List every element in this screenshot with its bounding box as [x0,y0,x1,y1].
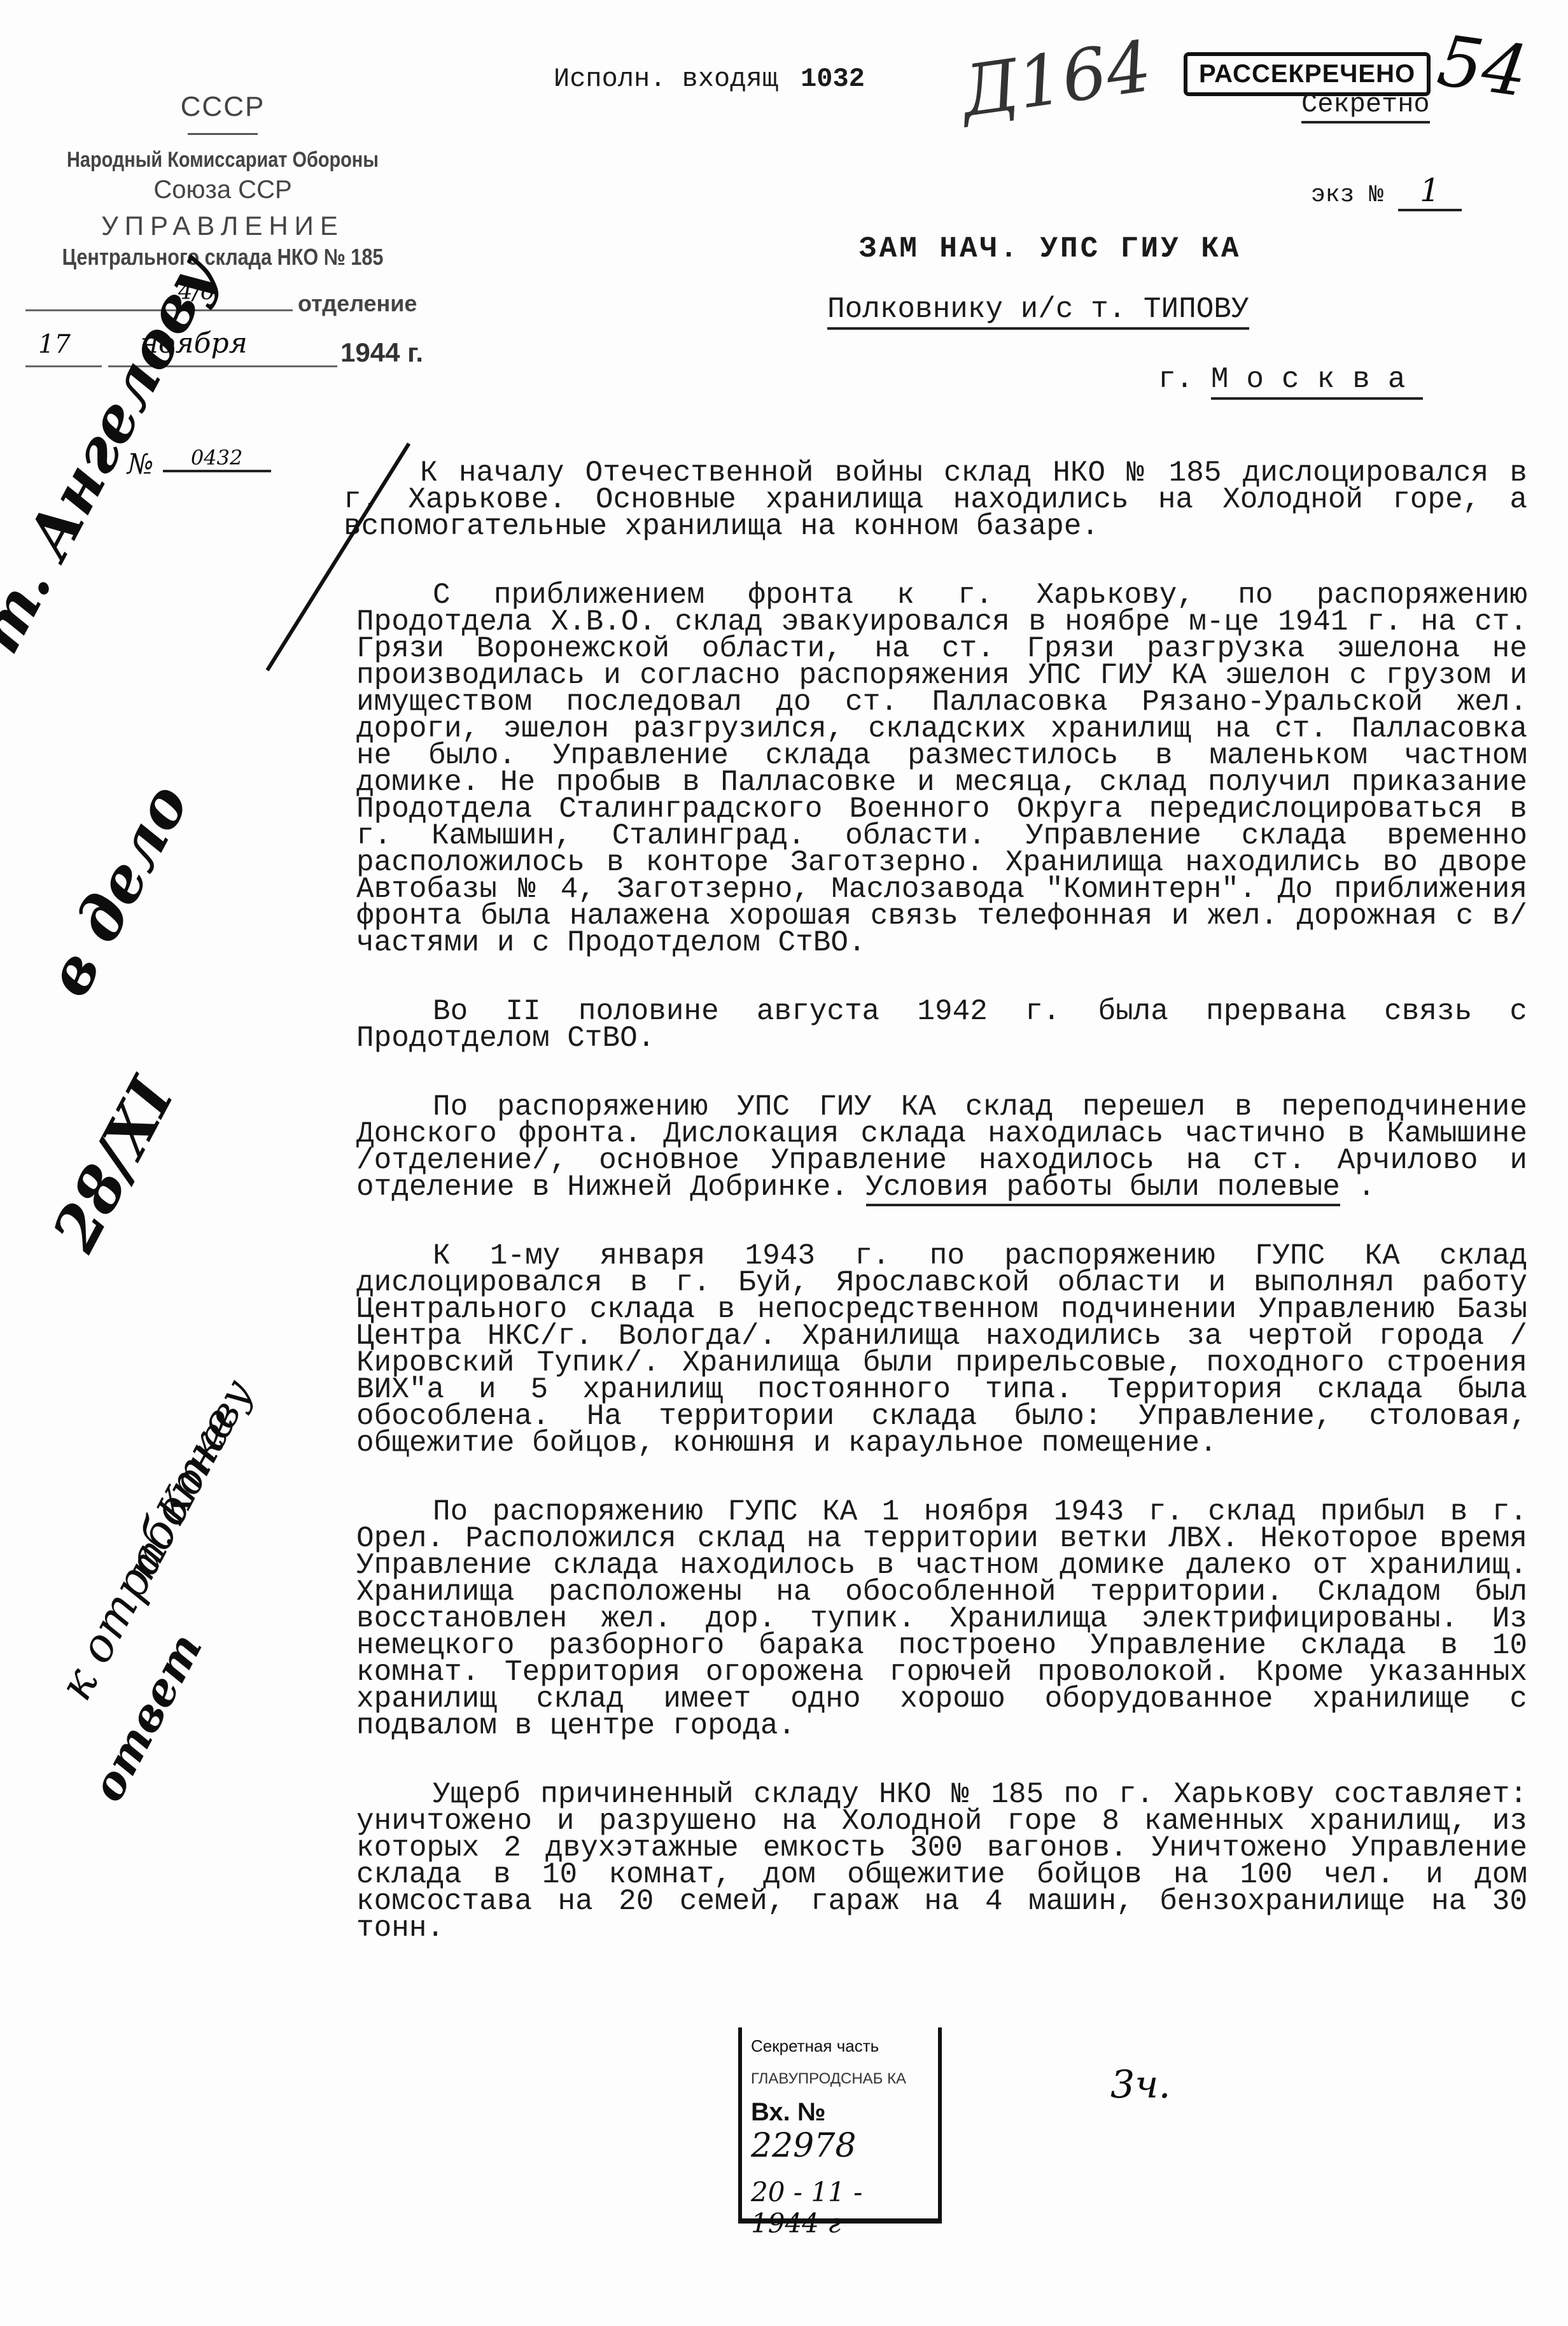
addressee-name: Полковнику и/с т. ТИПОВУ [827,293,1249,330]
city-name: Москва [1211,363,1424,400]
date-day: 17 [38,330,71,359]
body-paragraph: Ущерб причиненный складу НКО № 185 по г.… [356,1781,1527,1942]
city-prefix: г. [1158,363,1193,396]
received-stamp: Секретная часть ГЛАВУПРОДСНАБ КА Вх. № 2… [738,2027,942,2224]
date-year: 1944 г. [340,337,423,368]
body-paragraph: К началу Отечественной войны склад НКО №… [344,460,1527,540]
document-page: СССР Народный Комиссариат Обороны Союза … [0,0,1568,2326]
received-number-label: Вх. № [751,2098,825,2126]
body-paragraph: По распоряжению ГУПС КА 1 ноября 1943 г.… [356,1498,1527,1739]
classification-label: Секретно [1301,89,1430,123]
received-number-value: 22978 [751,2127,856,2165]
letterhead-directorate: УПРАВЛЕНИЕ [13,209,433,243]
letterhead-date: 17 ноября 1944 г. [13,327,433,378]
received-stamp-dept: Секретная часть [751,2036,929,2056]
outgoing-number: № 0432 [127,446,271,481]
incoming-label: Исполн. входящ [554,64,778,94]
underlined-phrase: Условия работы были полевые [866,1171,1340,1206]
page-number: 54 [1433,20,1532,113]
addressee-position: ЗАМ НАЧ. УПС ГИУ КА [859,232,1242,265]
received-stamp-number: Вх. № 22978 [751,2098,929,2165]
body-paragraph: Во II половине августа 1942 г. была прер… [356,998,1527,1052]
outgoing-value: 0432 [163,446,271,472]
margin-note-date: 28/XI [38,1067,188,1262]
body-paragraph: С приближением фронта к г. Харькову, по … [356,582,1527,956]
received-side-note: 3ч. [1110,2062,1171,2107]
letterhead-warehouse: Центрального склада НКО № 185 [45,243,402,271]
letterhead-commissariat: Народный Комиссариат Обороны [45,146,402,174]
letterhead: СССР Народный Комиссариат Обороны Союза … [13,89,433,378]
handwritten-mark: Д164 [956,25,1156,132]
margin-note-file: в дело [32,772,202,1008]
received-stamp-date: 20 - 11 - 1944 г [751,2176,929,2239]
received-stamp-org: ГЛАВУПРОДСНАБ КА [751,2070,929,2088]
letterhead-divider [188,133,258,135]
copy-value: 1 [1398,172,1462,211]
body-paragraph: К 1-му января 1943 г. по распоряжению ГУ… [356,1243,1527,1456]
date-day-line [25,365,102,367]
department-label: отделение [298,290,417,317]
letterhead-union: Союза ССР [13,174,433,206]
copy-number: экз № 1 [1311,172,1462,211]
incoming-number: 1032 [801,64,865,94]
incoming-registration: Исполн. входящ 1032 [554,64,865,94]
addressee-city: г. Москва [1158,363,1423,396]
letterhead-country: СССР [13,89,433,124]
body-paragraph: По распоряжению УПС ГИУ КА склад перешел… [356,1094,1527,1201]
document-body: К началу Отечественной войны склад НКО №… [356,460,1527,1984]
copy-label: экз № [1311,181,1383,209]
